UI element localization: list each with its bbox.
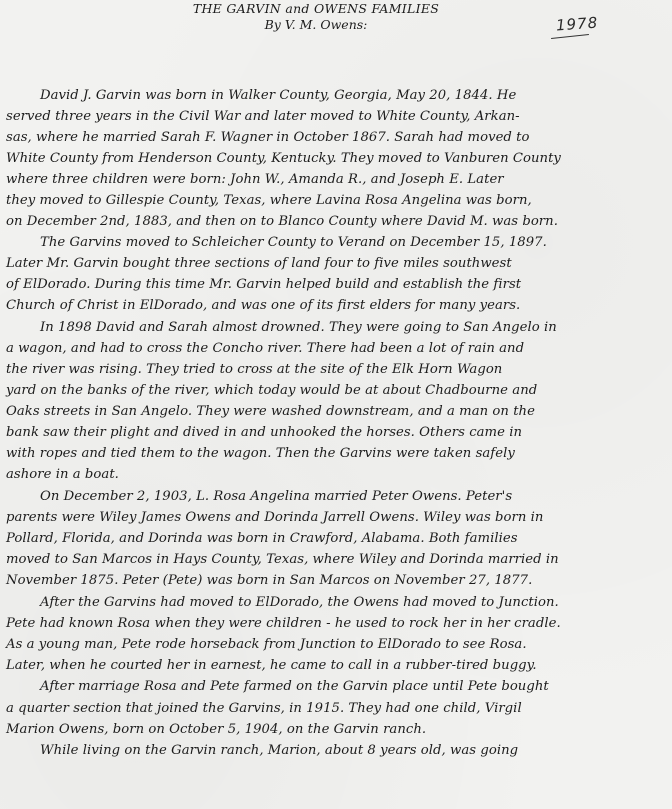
text-line: on December 2nd, 1883, and then on to Bl… xyxy=(6,211,558,232)
text-line: moved to San Marcos in Hays County, Texa… xyxy=(6,549,559,570)
text-line: a wagon, and had to cross the Concho riv… xyxy=(6,338,524,359)
text-line: On December 2, 1903, L. Rosa Angelina ma… xyxy=(6,486,512,507)
text-line: After the Garvins had moved to ElDorado,… xyxy=(6,592,559,613)
text-line: The Garvins moved to Schleicher County t… xyxy=(6,232,547,253)
text-line: After marriage Rosa and Pete farmed on t… xyxy=(6,676,549,697)
text-line: where three children were born: John W.,… xyxy=(6,169,504,190)
text-line: yard on the banks of the river, which to… xyxy=(6,380,537,401)
text-line: the river was rising. They tried to cros… xyxy=(6,359,502,380)
text-line: As a young man, Pete rode horseback from… xyxy=(6,634,527,655)
handwritten-year: 1978 xyxy=(555,14,598,35)
text-line: bank saw their plight and dived in and u… xyxy=(6,422,522,443)
text-line: Pete had known Rosa when they were child… xyxy=(6,613,561,634)
text-line: Pollard, Florida, and Dorinda was born i… xyxy=(6,528,518,549)
text-line: White County from Henderson County, Kent… xyxy=(6,148,561,169)
year-underline xyxy=(551,34,589,39)
text-line: Oaks streets in San Angelo. They were wa… xyxy=(6,401,535,422)
document-page: THE GARVIN and OWENS FAMILIES By V. M. O… xyxy=(0,0,672,809)
text-line: Church of Christ in ElDorado, and was on… xyxy=(6,295,520,316)
text-line: In 1898 David and Sarah almost drowned. … xyxy=(6,317,557,338)
text-line: While living on the Garvin ranch, Marion… xyxy=(6,740,518,761)
text-line: Later, when he courted her in earnest, h… xyxy=(6,655,537,676)
document-byline: By V. M. Owens: xyxy=(186,17,446,32)
text-line: November 1875. Peter (Pete) was born in … xyxy=(6,570,532,591)
text-line: a quarter section that joined the Garvin… xyxy=(6,698,522,719)
text-line: with ropes and tied them to the wagon. T… xyxy=(6,443,515,464)
text-line: sas, where he married Sarah F. Wagner in… xyxy=(6,127,530,148)
text-line: Marion Owens, born on October 5, 1904, o… xyxy=(6,719,426,740)
text-line: ashore in a boat. xyxy=(6,464,119,485)
text-line: served three years in the Civil War and … xyxy=(6,106,520,127)
text-line: Later Mr. Garvin bought three sections o… xyxy=(6,253,512,274)
text-line: of ElDorado. During this time Mr. Garvin… xyxy=(6,274,521,295)
text-line: they moved to Gillespie County, Texas, w… xyxy=(6,190,532,211)
document-title: THE GARVIN and OWENS FAMILIES xyxy=(186,1,446,16)
text-line: David J. Garvin was born in Walker Count… xyxy=(6,85,516,106)
text-line: parents were Wiley James Owens and Dorin… xyxy=(6,507,543,528)
